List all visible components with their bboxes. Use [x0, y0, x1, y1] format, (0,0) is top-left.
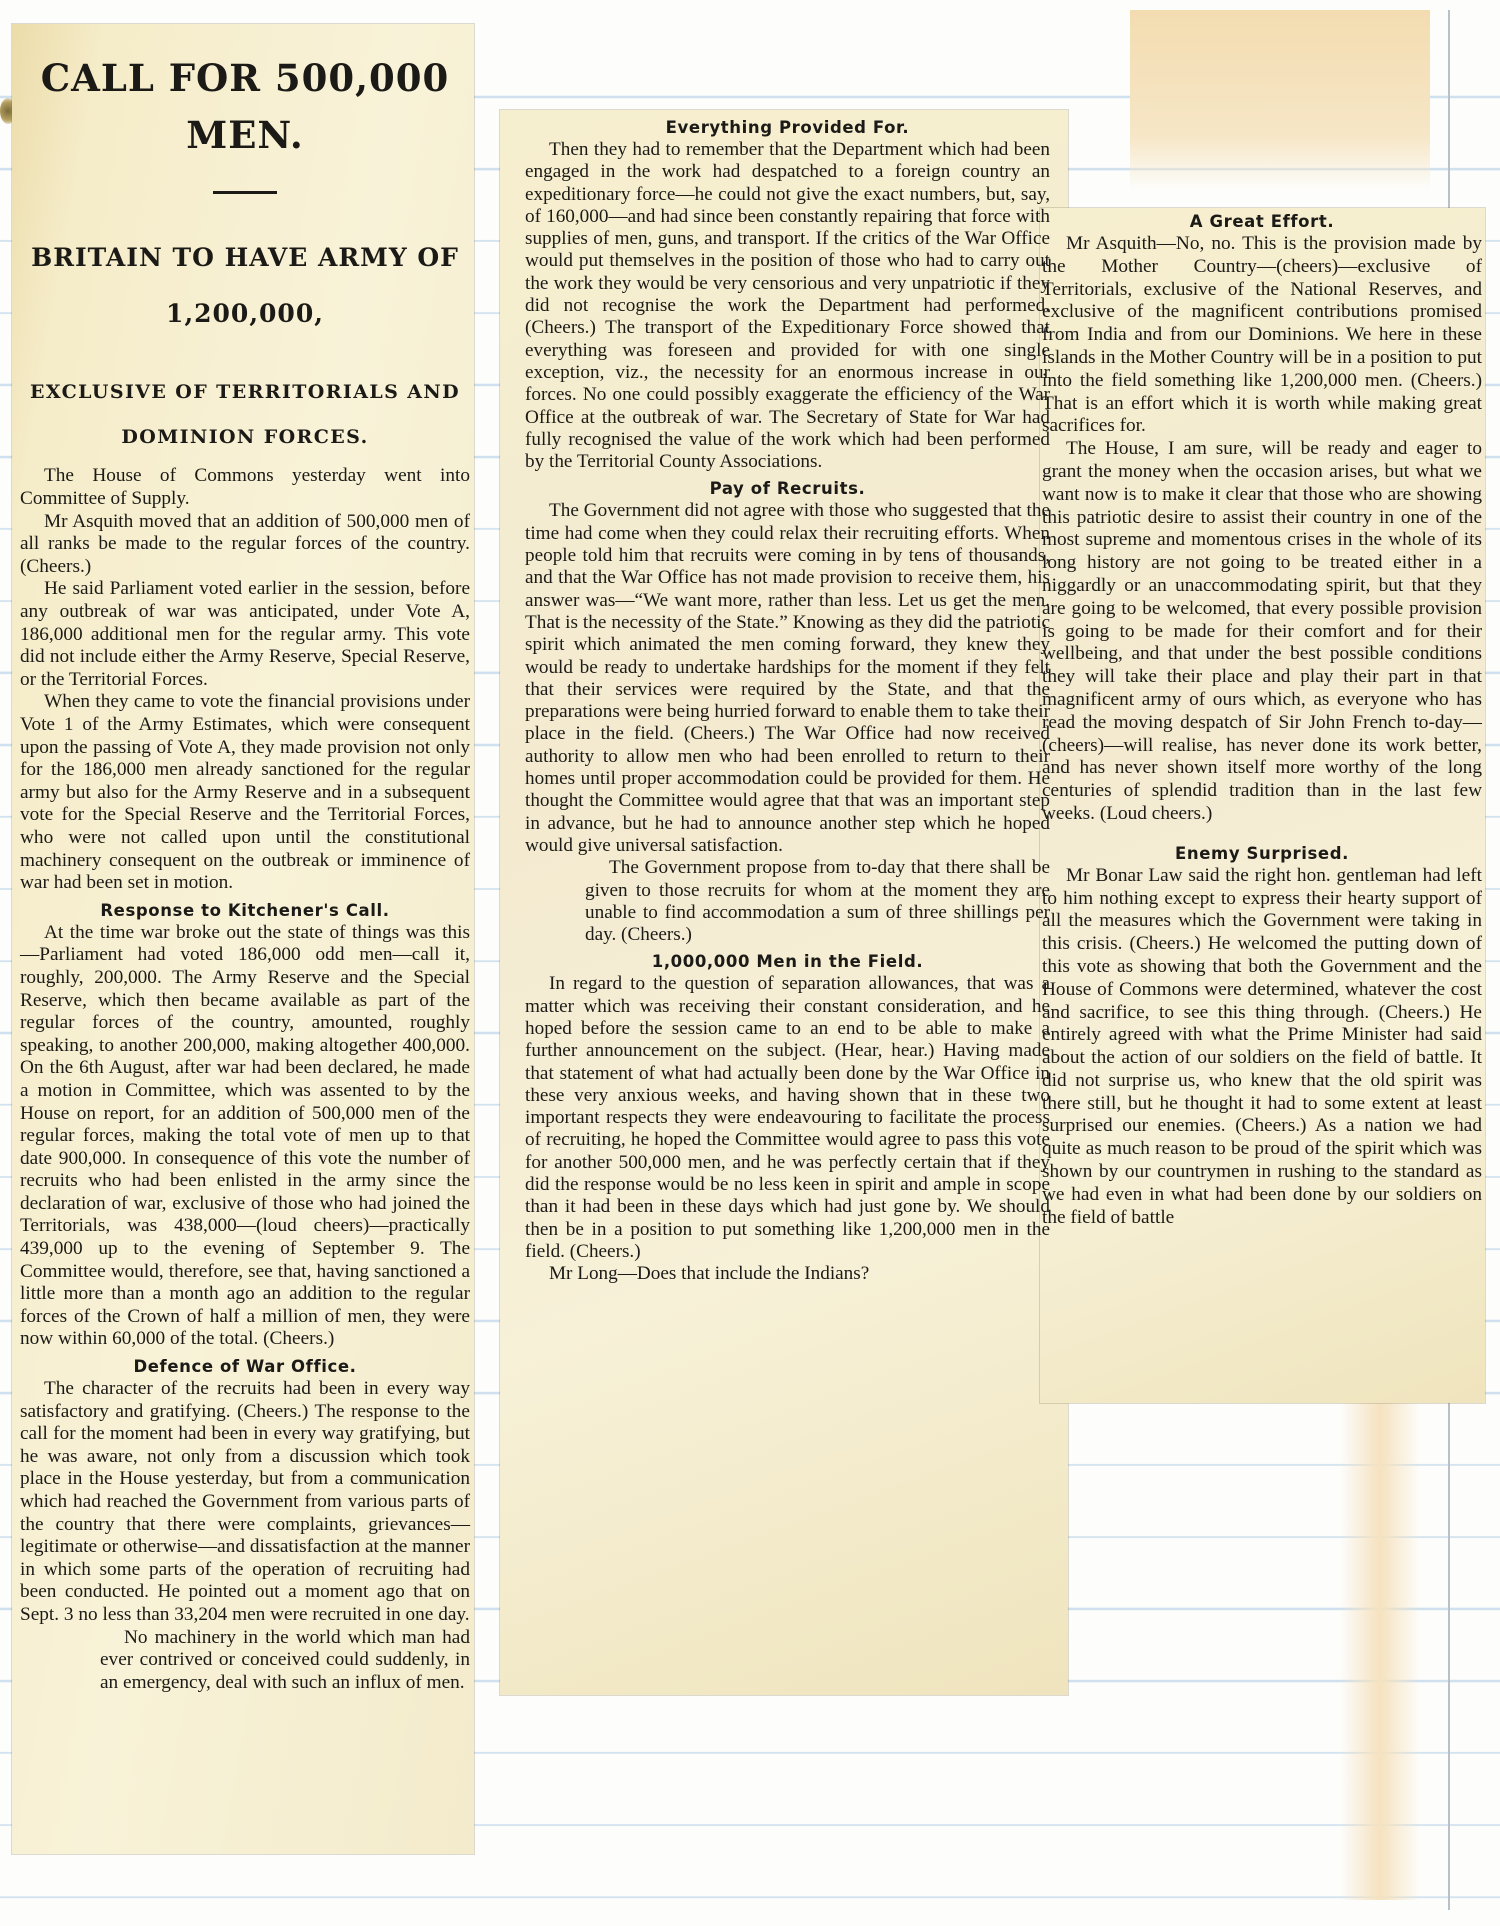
section-heading: A Great Effort.	[1042, 212, 1482, 231]
article-column-middle: Everything Provided For. Then they had t…	[525, 112, 1050, 1286]
section-heading: Response to Kitchener's Call.	[20, 901, 470, 920]
paragraph: The Government did not agree with those …	[525, 500, 1050, 857]
section-heading: Enemy Surprised.	[1042, 844, 1482, 863]
paragraph: The Government propose from to-day that …	[585, 857, 1050, 946]
subheadline: BRITAIN TO HAVE ARMY OF 1,200,000,	[20, 230, 470, 343]
paragraph: Mr Long—Does that include the Indians?	[525, 1263, 1050, 1285]
paragraph: He said Parliament voted earlier in the …	[20, 578, 470, 691]
section-heading: Pay of Recruits.	[525, 479, 1050, 498]
paper-stain	[1340, 1380, 1420, 1900]
paragraph: Mr Bonar Law said the right hon. gentlem…	[1042, 865, 1482, 1230]
paragraph: Mr Asquith moved that an addition of 500…	[20, 511, 470, 579]
paragraph: No machinery in the world which man had …	[100, 1627, 470, 1695]
paragraph: When they came to vote the financial pro…	[20, 691, 470, 894]
section-heading: 1,000,000 Men in the Field.	[525, 952, 1050, 971]
headline: CALL FOR 500,000 MEN.	[20, 50, 470, 165]
paragraph: The House of Commons yesterday went into…	[20, 465, 470, 510]
article-column-right: A Great Effort. Mr Asquith—No, no. This …	[1042, 206, 1482, 1229]
section-heading: Everything Provided For.	[525, 118, 1050, 137]
paragraph: Mr Asquith—No, no. This is the provision…	[1042, 233, 1482, 438]
paragraph: The character of the recruits had been i…	[20, 1378, 470, 1627]
deck: EXCLUSIVE OF TERRITORIALS AND DOMINION F…	[20, 370, 470, 459]
paper-stain	[1130, 10, 1430, 190]
paragraph: At the time war broke out the state of t…	[20, 922, 470, 1351]
headline-rule	[213, 191, 277, 194]
paragraph: The House, I am sure, will be ready and …	[1042, 438, 1482, 826]
article-column-left: CALL FOR 500,000 MEN. BRITAIN TO HAVE AR…	[20, 40, 470, 1694]
paragraph: In regard to the question of separation …	[525, 973, 1050, 1263]
section-heading: Defence of War Office.	[20, 1357, 470, 1376]
paragraph: Then they had to remember that the Depar…	[525, 139, 1050, 473]
